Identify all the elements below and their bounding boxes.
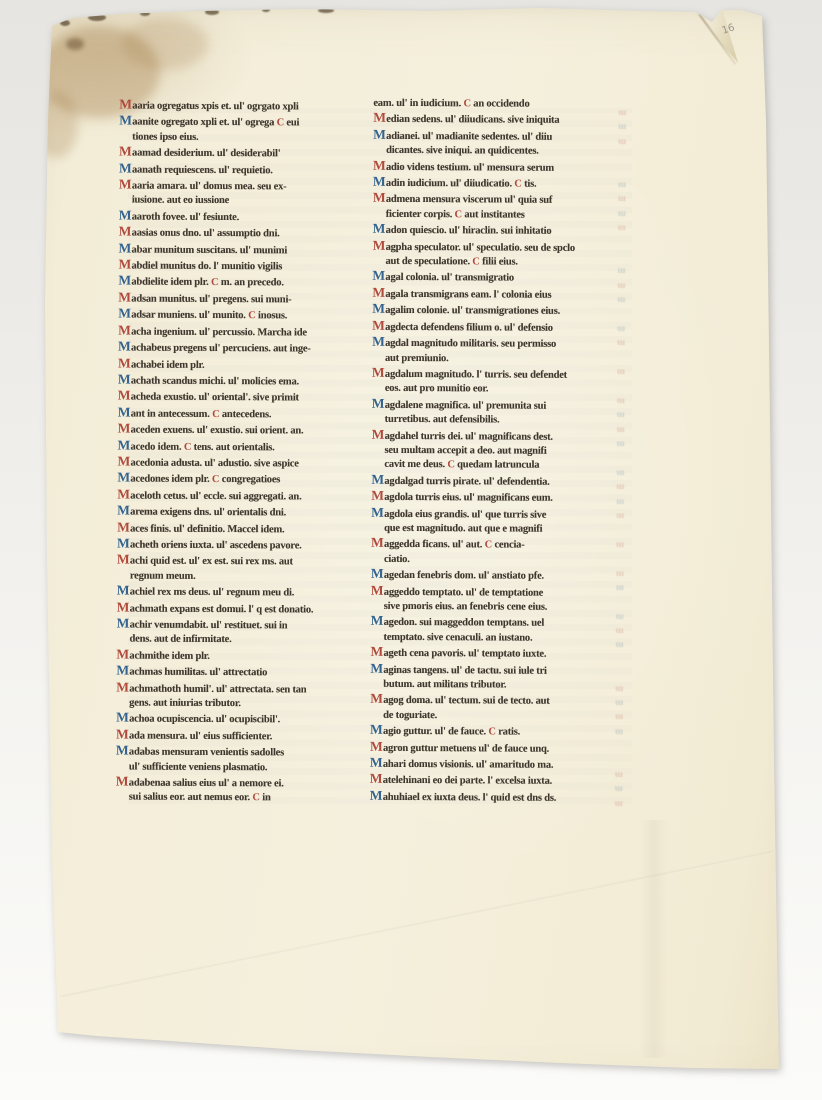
bleedthrough-mark: m xyxy=(603,436,625,451)
text-line: Madabas mensuram venientis sadolles xyxy=(116,744,370,762)
decorated-initial: M xyxy=(118,340,131,354)
text-line: Matelehinani eo dei parte. l' excelsa iu… xyxy=(370,772,632,790)
text-line: butum. aut militans tributor. xyxy=(370,678,632,694)
text-line: Madio videns testium. ul' mensura serum xyxy=(373,158,635,176)
paragraph-mark: C xyxy=(212,409,219,420)
text-line: regnum meum. xyxy=(117,569,371,585)
text-line: Maaria amara. ul' domus mea. seu ex- xyxy=(119,177,373,195)
decorated-initial: M xyxy=(117,600,130,614)
bleedthrough-mark: m xyxy=(604,220,626,235)
decorated-initial: M xyxy=(373,111,386,125)
edge-spot xyxy=(318,8,334,13)
text-line: Maaroth fovee. ul' fesiunte. xyxy=(119,208,373,226)
decorated-initial: M xyxy=(372,286,385,300)
edge-spot xyxy=(262,8,270,12)
bleedthrough-mark: m xyxy=(604,191,626,206)
text-line: Maida quietatio. ul' mensura eor. suffic… xyxy=(370,805,632,806)
text-line: eam. ul' in iudicium. C an occidendo xyxy=(373,97,635,113)
decorated-initial: M xyxy=(118,290,131,304)
text-line: Maceden exuens. ul' exustio. sui orient.… xyxy=(118,422,372,440)
text-line: Machmath expans est domui. l' q est dona… xyxy=(117,600,371,618)
text-line: Machmas humilitas. ul' attrectatio xyxy=(116,664,370,682)
text-line: Median sedens. ul' diiudicans. sive iniq… xyxy=(373,111,635,129)
decorated-initial: M xyxy=(370,661,383,675)
bleedthrough-mark: m xyxy=(602,580,624,595)
text-line: Magdahel turris dei. ul' magnificans des… xyxy=(372,427,634,445)
text-line: Magdalum magnitudo. l' turris. seu defen… xyxy=(372,366,634,384)
edge-spot xyxy=(88,14,106,21)
text-line: ficienter corpis. C aut institantes xyxy=(373,208,635,224)
text-line: Machmithe idem plr. xyxy=(116,647,370,665)
stain-blotch xyxy=(34,92,78,158)
text-line: Machmathoth humil'. ul' attrectata. sen … xyxy=(116,680,370,698)
bleedthrough-mark: m xyxy=(601,781,623,796)
text-line: Madsar muniens. ul' munito. C inosus. xyxy=(118,307,372,325)
paragraph-mark: C xyxy=(463,98,470,109)
text-line: Magedon. sui maggeddon temptans. uel xyxy=(371,614,633,632)
decorated-initial: M xyxy=(116,664,129,678)
bleedthrough-mark: m xyxy=(602,494,624,509)
decorated-initial: M xyxy=(117,616,130,630)
edge-spot xyxy=(205,9,219,15)
text-line: Machoa ocupiscencia. ul' ocupiscibil'. xyxy=(116,711,370,729)
bleedthrough-mark: m xyxy=(601,637,623,652)
decorated-initial: M xyxy=(118,438,131,452)
decorated-initial: M xyxy=(370,739,383,753)
text-line: Madianei. ul' madianite sedentes. ul' di… xyxy=(373,128,635,146)
bleedthrough-mark: m xyxy=(603,335,625,350)
paragraph-mark: C xyxy=(514,179,521,190)
text-line: seu multam accepit a deo. aut magnifi xyxy=(371,444,633,460)
text-line: Magron guttur metuens ul' de fauce unq. xyxy=(370,739,632,757)
paragraph-mark: C xyxy=(248,310,255,321)
bleedthrough-mark: m xyxy=(604,177,626,192)
text-line: ciatio. xyxy=(371,553,633,569)
bleedthrough-mark: m xyxy=(604,105,626,120)
decorated-initial: M xyxy=(116,711,129,725)
text-line: Madon quiescio. ul' hiraclin. sui inhita… xyxy=(373,222,635,240)
decorated-initial: M xyxy=(371,583,384,597)
decorated-initial: M xyxy=(117,536,130,550)
bleedthrough-mark: m xyxy=(604,206,626,221)
decorated-initial: M xyxy=(119,97,132,111)
paragraph-mark: C xyxy=(252,793,259,804)
text-line: Madin iudicium. ul' diiudicatio. C tis. xyxy=(373,175,635,193)
decorated-initial: M xyxy=(373,128,386,142)
fold-crease-line xyxy=(698,13,736,64)
bleedthrough-mark: m xyxy=(602,623,624,638)
bleedthrough-mark: m xyxy=(603,292,625,307)
text-line: Mahari domus visionis. ul' amaritudo ma. xyxy=(370,756,632,774)
text-line: Macheda exustio. ul' oriental'. sive pri… xyxy=(118,389,372,407)
decorated-initial: M xyxy=(119,177,132,191)
text-line: gens. aut iniurias tributor. xyxy=(116,696,370,712)
text-line: Magdola eius grandis. ul' que turris siv… xyxy=(371,505,633,523)
decorated-initial: M xyxy=(118,274,131,288)
text-line: Magdecta defendens filium o. ul' defensi… xyxy=(372,318,634,336)
text-line: Mageth cena pavoris. ul' temptato iuxte. xyxy=(370,645,632,663)
text-line: Magdal magnitudo militaris. seu permisso xyxy=(372,335,634,353)
text-line: cavit me deus. C quedam latruncula xyxy=(371,458,633,474)
decorated-initial: M xyxy=(372,269,385,283)
edge-spot xyxy=(60,20,70,26)
text-line: dicantes. sive iniqui. an quidicentes. xyxy=(373,144,635,160)
decorated-initial: M xyxy=(371,489,384,503)
text-line: sive pmoris eius. an fenebris cene eius. xyxy=(371,600,633,616)
text-line: Maggeddo temptato. ul' de temptatione xyxy=(371,583,633,601)
decorated-initial: M xyxy=(371,567,384,581)
decorated-initial: M xyxy=(371,536,384,550)
bleedthrough-mark: m xyxy=(602,565,624,580)
decorated-initial: M xyxy=(117,471,130,485)
paragraph-mark: C xyxy=(277,118,284,129)
decorated-initial: M xyxy=(372,397,385,411)
decorated-initial: M xyxy=(118,307,131,321)
text-line: Magedan fenebris dom. ul' anstiato pfe. xyxy=(371,567,633,585)
paragraph-mark: C xyxy=(488,727,495,738)
decorated-initial: M xyxy=(116,647,129,661)
decorated-initial: M xyxy=(118,405,131,419)
text-line: sui salius eor. aut nemus eor. C in xyxy=(116,791,370,807)
decorated-initial: M xyxy=(116,680,129,694)
tonal-band xyxy=(640,820,668,1058)
text-line: Machath scandus michi. ul' molicies ema. xyxy=(118,372,372,390)
stain-blotch xyxy=(122,18,208,70)
text-line: Mabdielite idem plr. C m. an precedo. xyxy=(118,274,372,292)
text-line: Magalim colonie. ul' transmigrationes ei… xyxy=(372,302,634,320)
bleedthrough-mark: m xyxy=(601,695,623,710)
text-line: Maasias onus dno. ul' assumptio dni. xyxy=(119,225,373,243)
text-line: Maanath requiescens. ul' requietio. xyxy=(119,161,373,179)
decorated-initial: M xyxy=(118,356,131,370)
bleedthrough-mark: m xyxy=(603,263,625,278)
text-line: Maces finis. ul' definitio. Maccel idem. xyxy=(117,520,371,538)
text-column-left: Maaria ogregatus xpis et. ul' ogrgato xp… xyxy=(116,97,374,806)
decorated-initial: M xyxy=(371,473,384,487)
text-line: Mabdiel munitus do. l' munitio vigilis xyxy=(118,258,372,276)
decorated-initial: M xyxy=(118,389,131,403)
decorated-initial: M xyxy=(119,241,132,255)
text-line: aut de speculatione. C filii eius. xyxy=(372,255,634,271)
manuscript-leaf: 16 Maaria ogregatus xpis et. ul' ogrgato… xyxy=(0,0,822,1100)
decorated-initial: M xyxy=(119,208,132,222)
text-line: Magpha speculator. ul' speculatio. seu d… xyxy=(373,238,635,256)
diagonal-crease xyxy=(60,851,774,998)
text-line: Macha ingenium. ul' percussio. Marcha id… xyxy=(118,323,372,341)
text-line: eos. aut pro munitio eor. xyxy=(372,382,634,398)
paragraph-mark: C xyxy=(485,540,492,551)
edge-spot xyxy=(140,11,150,16)
folio-number: 16 xyxy=(721,22,737,36)
decorated-initial: M xyxy=(372,427,385,441)
decorated-initial: M xyxy=(370,756,383,770)
bleedthrough-mark: m xyxy=(603,407,625,422)
text-line: dens. aut de infirmitate. xyxy=(116,633,370,649)
decorated-initial: M xyxy=(117,553,130,567)
text-line: Machir venumdabit. ul' restituet. sui in xyxy=(117,616,371,634)
decorated-initial: M xyxy=(118,422,131,436)
bleedthrough-mark: m xyxy=(602,479,624,494)
decorated-initial: M xyxy=(118,323,131,337)
decorated-initial: M xyxy=(373,175,386,189)
decorated-initial: M xyxy=(372,302,385,316)
bleedthrough-mark: m xyxy=(603,364,625,379)
text-line: Macedo idem. C tens. aut orientalis. xyxy=(117,438,371,456)
decorated-initial: M xyxy=(373,238,386,252)
decorated-initial: M xyxy=(116,744,129,758)
bleedthrough-mark: m xyxy=(601,709,623,724)
stain-blotch xyxy=(66,38,84,50)
decorated-initial: M xyxy=(119,114,132,128)
parchment-surface: 16 Maaria ogregatus xpis et. ul' ogrgato… xyxy=(0,0,822,1100)
text-line: tiones ipso eius. xyxy=(119,130,373,146)
text-line: Magal colonia. ul' transmigratio xyxy=(372,269,634,287)
decorated-initial: M xyxy=(372,335,385,349)
bleedthrough-mark: m xyxy=(602,508,624,523)
text-line: Marema exigens dns. ul' orientalis dni. xyxy=(117,504,371,522)
text-line: de toguriate. xyxy=(370,709,632,725)
text-line: Madmena mensura viscerum ul' quia suf xyxy=(373,191,635,209)
text-block: Maaria ogregatus xpis et. ul' ogrgato xp… xyxy=(0,0,822,1100)
decorated-initial: M xyxy=(370,645,383,659)
decorated-initial: M xyxy=(373,191,386,205)
decorated-initial: M xyxy=(116,805,129,806)
bleedthrough-mark: m xyxy=(601,796,623,811)
bleedthrough-mark: m xyxy=(602,465,624,480)
decorated-initial: M xyxy=(373,158,386,172)
decorated-initial: M xyxy=(117,504,130,518)
decorated-initial: M xyxy=(116,775,129,789)
text-line: Macedonia adusta. ul' adustio. sive aspi… xyxy=(117,454,371,472)
text-line: Maginas tangens. ul' de tactu. sui iule … xyxy=(370,661,632,679)
decorated-initial: M xyxy=(117,584,130,598)
text-line: Macedones idem plr. C congregatioes xyxy=(117,471,371,489)
paragraph-mark: C xyxy=(447,460,454,471)
text-line: iusione. aut eo iussione xyxy=(119,194,373,210)
text-line: aut premiunio. xyxy=(372,351,634,367)
paragraph-mark: C xyxy=(455,209,462,220)
text-line: Magog doma. ul' tectum. sui de tecto. au… xyxy=(370,692,632,710)
text-line: Magala transmigrans eam. l' colonia eius xyxy=(372,286,634,304)
text-line: Mant in antecessum. C antecedens. xyxy=(118,405,372,423)
bleedthrough-mark: m xyxy=(601,681,623,696)
text-line: ul' sufficiente veniens plasmatio. xyxy=(116,760,370,776)
decorated-initial: M xyxy=(118,258,131,272)
bleedthrough-haze xyxy=(128,108,632,804)
text-line: Madabenaa salius eius ul' a nemore ei. xyxy=(116,775,370,793)
paragraph-mark: C xyxy=(211,277,218,288)
decorated-initial: M xyxy=(370,723,383,737)
bleedthrough-mark: m xyxy=(603,278,625,293)
bleedthrough-mark: m xyxy=(604,119,626,134)
text-line: Madai mensura ma. ul' que sufficiens. xyxy=(116,805,370,806)
decorated-initial: M xyxy=(117,487,130,501)
text-line: Mabar munitum suscitans. ul' munimi xyxy=(119,241,373,259)
decorated-initial: M xyxy=(117,454,130,468)
text-line: Mahuhiael ex iuxta deus. l' quid est dns… xyxy=(370,789,632,806)
folded-corner xyxy=(694,9,738,65)
text-line: Maggedda ficans. ul' aut. C cencia- xyxy=(371,536,633,554)
text-line: Machabei idem plr. xyxy=(118,356,372,374)
decorated-initial: M xyxy=(119,145,132,159)
text-line: Mada mensura. ul' eius sufficienter. xyxy=(116,727,370,745)
text-line: Magio guttur. ul' de fauce. C ratis. xyxy=(370,723,632,741)
text-line: Madsan munitus. ul' pregens. sui muni- xyxy=(118,290,372,308)
decorated-initial: M xyxy=(370,805,383,806)
text-line: Maceloth cetus. ul' eccle. sui aggregati… xyxy=(117,487,371,505)
decorated-initial: M xyxy=(370,692,383,706)
paragraph-mark: C xyxy=(212,474,219,485)
bleedthrough-mark: m xyxy=(602,537,624,552)
decorated-initial: M xyxy=(116,727,129,741)
decorated-initial: M xyxy=(117,520,130,534)
decorated-initial: M xyxy=(370,789,383,803)
text-line: temptato. sive cenaculi. an iustano. xyxy=(371,631,633,647)
decorated-initial: M xyxy=(372,366,385,380)
paragraph-mark: C xyxy=(184,441,191,452)
text-line: Magdalene magnifica. ul' premunita sui xyxy=(372,397,634,415)
text-column-right: eam. ul' in iudicium. C an occidendoMedi… xyxy=(370,97,636,806)
text-line: Machi quid est. ul' ex est. sui rex ms. … xyxy=(117,553,371,571)
bleedthrough-mark: m xyxy=(603,321,625,336)
text-line: Magdalgad turris pirate. ul' defendentia… xyxy=(371,473,633,491)
bleedthrough-mark: m xyxy=(603,422,625,437)
bleedthrough-mark: m xyxy=(601,724,623,739)
text-line: Magdola turris eius. ul' magnificans eum… xyxy=(371,489,633,507)
manuscript-photo: 16 Maaria ogregatus xpis et. ul' ogrgato… xyxy=(0,0,822,1100)
paragraph-mark: C xyxy=(472,256,479,267)
bleedthrough-mark: m xyxy=(603,393,625,408)
text-line: Machabeus pregens ul' percuciens. aut in… xyxy=(118,340,372,358)
decorated-initial: M xyxy=(118,372,131,386)
stain-blotch xyxy=(38,26,160,118)
text-line: Maanite ogregato xpli et. ul' ogrega C e… xyxy=(119,114,373,132)
bleedthrough-initials: mmmmmmmmmmmmmmmmmmmmmmmmmmmmmmmmmmmmmmmm… xyxy=(601,105,627,811)
bleedthrough-mark: m xyxy=(604,134,626,149)
decorated-initial: M xyxy=(373,222,386,236)
decorated-initial: M xyxy=(119,225,132,239)
text-line: que est magnitudo. aut que e magnifi xyxy=(371,522,633,538)
bleedthrough-mark: m xyxy=(602,609,624,624)
decorated-initial: M xyxy=(372,318,385,332)
text-line: Maamad desiderium. ul' desiderabil' xyxy=(119,145,373,163)
text-line: Maaria ogregatus xpis et. ul' ogrgato xp… xyxy=(119,97,373,115)
decorated-initial: M xyxy=(371,505,384,519)
text-line: Machiel rex ms deus. ul' regnum meu di. xyxy=(117,584,371,602)
decorated-initial: M xyxy=(119,161,132,175)
text-line: turretibus. aut defensibilis. xyxy=(372,413,634,429)
text-line: Macheth oriens iuxta. ul' ascedens pavor… xyxy=(117,536,371,554)
decorated-initial: M xyxy=(371,614,384,628)
bleedthrough-mark: m xyxy=(601,767,623,782)
decorated-initial: M xyxy=(370,772,383,786)
